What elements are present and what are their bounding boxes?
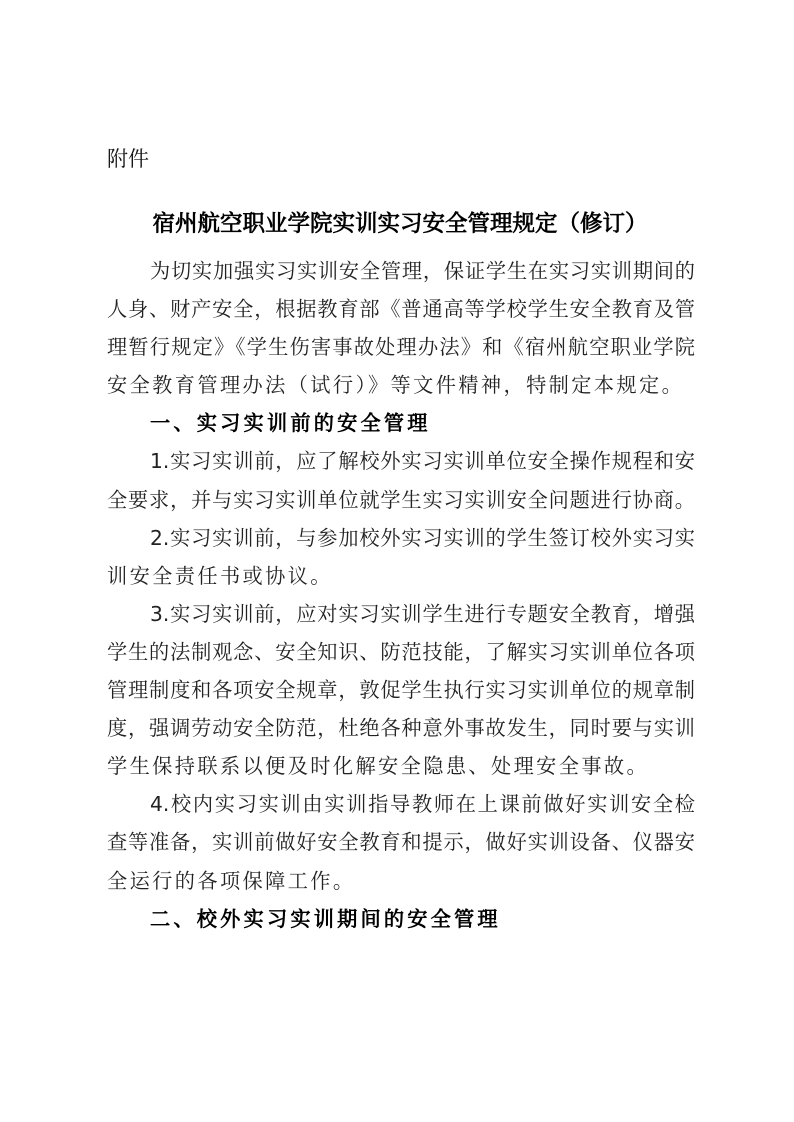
clause-paragraph-4: 4.校内实习实训由实训指导教师在上课前做好实训安全检 查等准备，实训前做好安全教… bbox=[107, 785, 695, 899]
paragraph-line: 理暂行规定》《学生伤害事故处理办法》和《宿州航空职业学院 bbox=[107, 328, 695, 366]
attachment-label: 附件 bbox=[107, 146, 149, 172]
clause-paragraph-2: 2.实习实训前，与参加校外实习实训的学生签订校外实习实 训安全责任书或协议。 bbox=[107, 519, 695, 595]
section-heading-1: 一、实习实训前的安全管理 bbox=[107, 404, 695, 442]
section-heading-2: 二、校外实习实训期间的安全管理 bbox=[107, 900, 695, 938]
paragraph-line: 管理制度和各项安全规章，敦促学生执行实习实训单位的规章制 bbox=[107, 671, 695, 709]
paragraph-line: 1.实习实训前，应了解校外实习实训单位安全操作规程和安 bbox=[107, 442, 695, 480]
document-title: 宿州航空职业学院实训实习安全管理规定（修订） bbox=[107, 209, 693, 239]
paragraph-line: 学生的法制观念、安全知识、防范技能，了解实习实训单位各项 bbox=[107, 633, 695, 671]
paragraph-line: 度，强调劳动安全防范，杜绝各种意外事故发生，同时要与实训 bbox=[107, 709, 695, 747]
paragraph-line: 安全教育管理办法（试行）》等文件精神，特制定本规定。 bbox=[107, 366, 695, 404]
paragraph-line: 全运行的各项保障工作。 bbox=[107, 862, 695, 900]
paragraph-line: 查等准备，实训前做好安全教育和提示，做好实训设备、仪器安 bbox=[107, 823, 695, 861]
paragraph-line: 2.实习实训前，与参加校外实习实训的学生签订校外实习实 bbox=[107, 519, 695, 557]
paragraph-line: 3.实习实训前，应对实习实训学生进行专题安全教育，增强 bbox=[107, 595, 695, 633]
preamble-paragraph: 为切实加强实习实训安全管理，保证学生在实习实训期间的 人身、财产安全，根据教育部… bbox=[107, 252, 695, 404]
document-body: 为切实加强实习实训安全管理，保证学生在实习实训期间的 人身、财产安全，根据教育部… bbox=[107, 252, 695, 938]
paragraph-line: 4.校内实习实训由实训指导教师在上课前做好实训安全检 bbox=[107, 785, 695, 823]
paragraph-line: 人身、财产安全，根据教育部《普通高等学校学生安全教育及管 bbox=[107, 290, 695, 328]
paragraph-line: 训安全责任书或协议。 bbox=[107, 557, 695, 595]
section-heading-text: 二、校外实习实训期间的安全管理 bbox=[107, 900, 695, 938]
paragraph-line: 为切实加强实习实训安全管理，保证学生在实习实训期间的 bbox=[107, 252, 695, 290]
document-page: 附件 宿州航空职业学院实训实习安全管理规定（修订） 为切实加强实习实训安全管理，… bbox=[0, 0, 794, 1122]
paragraph-line: 学生保持联系以便及时化解安全隐患、处理安全事故。 bbox=[107, 747, 695, 785]
clause-paragraph-1: 1.实习实训前，应了解校外实习实训单位安全操作规程和安 全要求，并与实习实训单位… bbox=[107, 442, 695, 518]
section-heading-text: 一、实习实训前的安全管理 bbox=[107, 404, 695, 442]
paragraph-line: 全要求，并与实习实训单位就学生实习实训安全问题进行协商。 bbox=[107, 481, 695, 519]
clause-paragraph-3: 3.实习实训前，应对实习实训学生进行专题安全教育，增强 学生的法制观念、安全知识… bbox=[107, 595, 695, 785]
